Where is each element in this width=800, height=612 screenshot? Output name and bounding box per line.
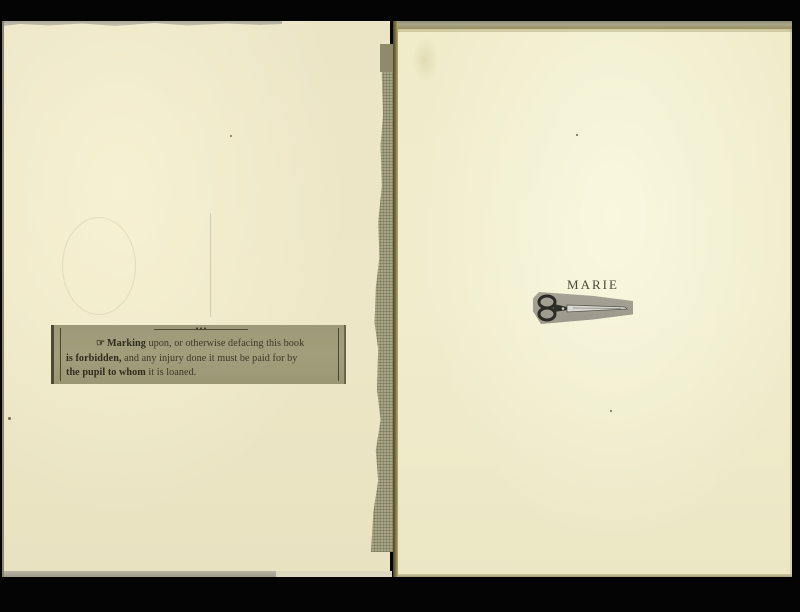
notice-line-3: the pupil to whom it is loaned. [66,367,196,378]
bottom-edge-light [276,571,392,577]
torn-top-edge [4,21,282,26]
paper-speck [230,135,232,137]
right-title-page: MARIE [398,21,792,577]
notice-bold-text: is forbidden, [66,353,122,364]
faint-pencil-line [210,213,211,317]
worn-bottom-edge [4,571,276,577]
hinge-patch [380,44,394,72]
paper-speck [8,417,11,420]
pointing-hand-icon: ☞ [96,338,105,349]
paper-speck [610,410,612,412]
library-notice-label: ☞Marking upon, or otherwise defacing thi… [51,325,346,384]
notice-text-span: upon, or otherwise defacing this book [146,338,304,349]
left-endpaper: ☞Marking upon, or otherwise defacing thi… [2,21,390,577]
notice-text: ☞Marking upon, or otherwise defacing thi… [66,337,344,381]
scissors-icon [533,292,633,324]
label-border-rule [60,328,61,381]
ornament-rule [154,326,248,330]
faint-pencil-mark [62,217,136,315]
notice-bold-text: the pupil to whom [66,367,146,378]
top-edge-shadow [398,29,792,32]
scissors-clipping [533,292,633,324]
notice-line-2: is forbidden, and any injury done it mus… [66,353,297,364]
page-title: MARIE [553,277,633,293]
book-spread-photo: ☞Marking upon, or otherwise defacing thi… [0,0,800,612]
notice-text-span: and any injury done it must be paid for … [122,353,298,364]
paper-speck [576,134,578,136]
bottom-edge [398,574,792,577]
paper-stain [412,37,438,83]
notice-line-1: ☞Marking upon, or otherwise defacing thi… [66,337,344,352]
notice-bold-text: Marking [107,338,146,349]
top-edge-band [398,21,792,29]
notice-text-span: it is loaned. [146,367,197,378]
